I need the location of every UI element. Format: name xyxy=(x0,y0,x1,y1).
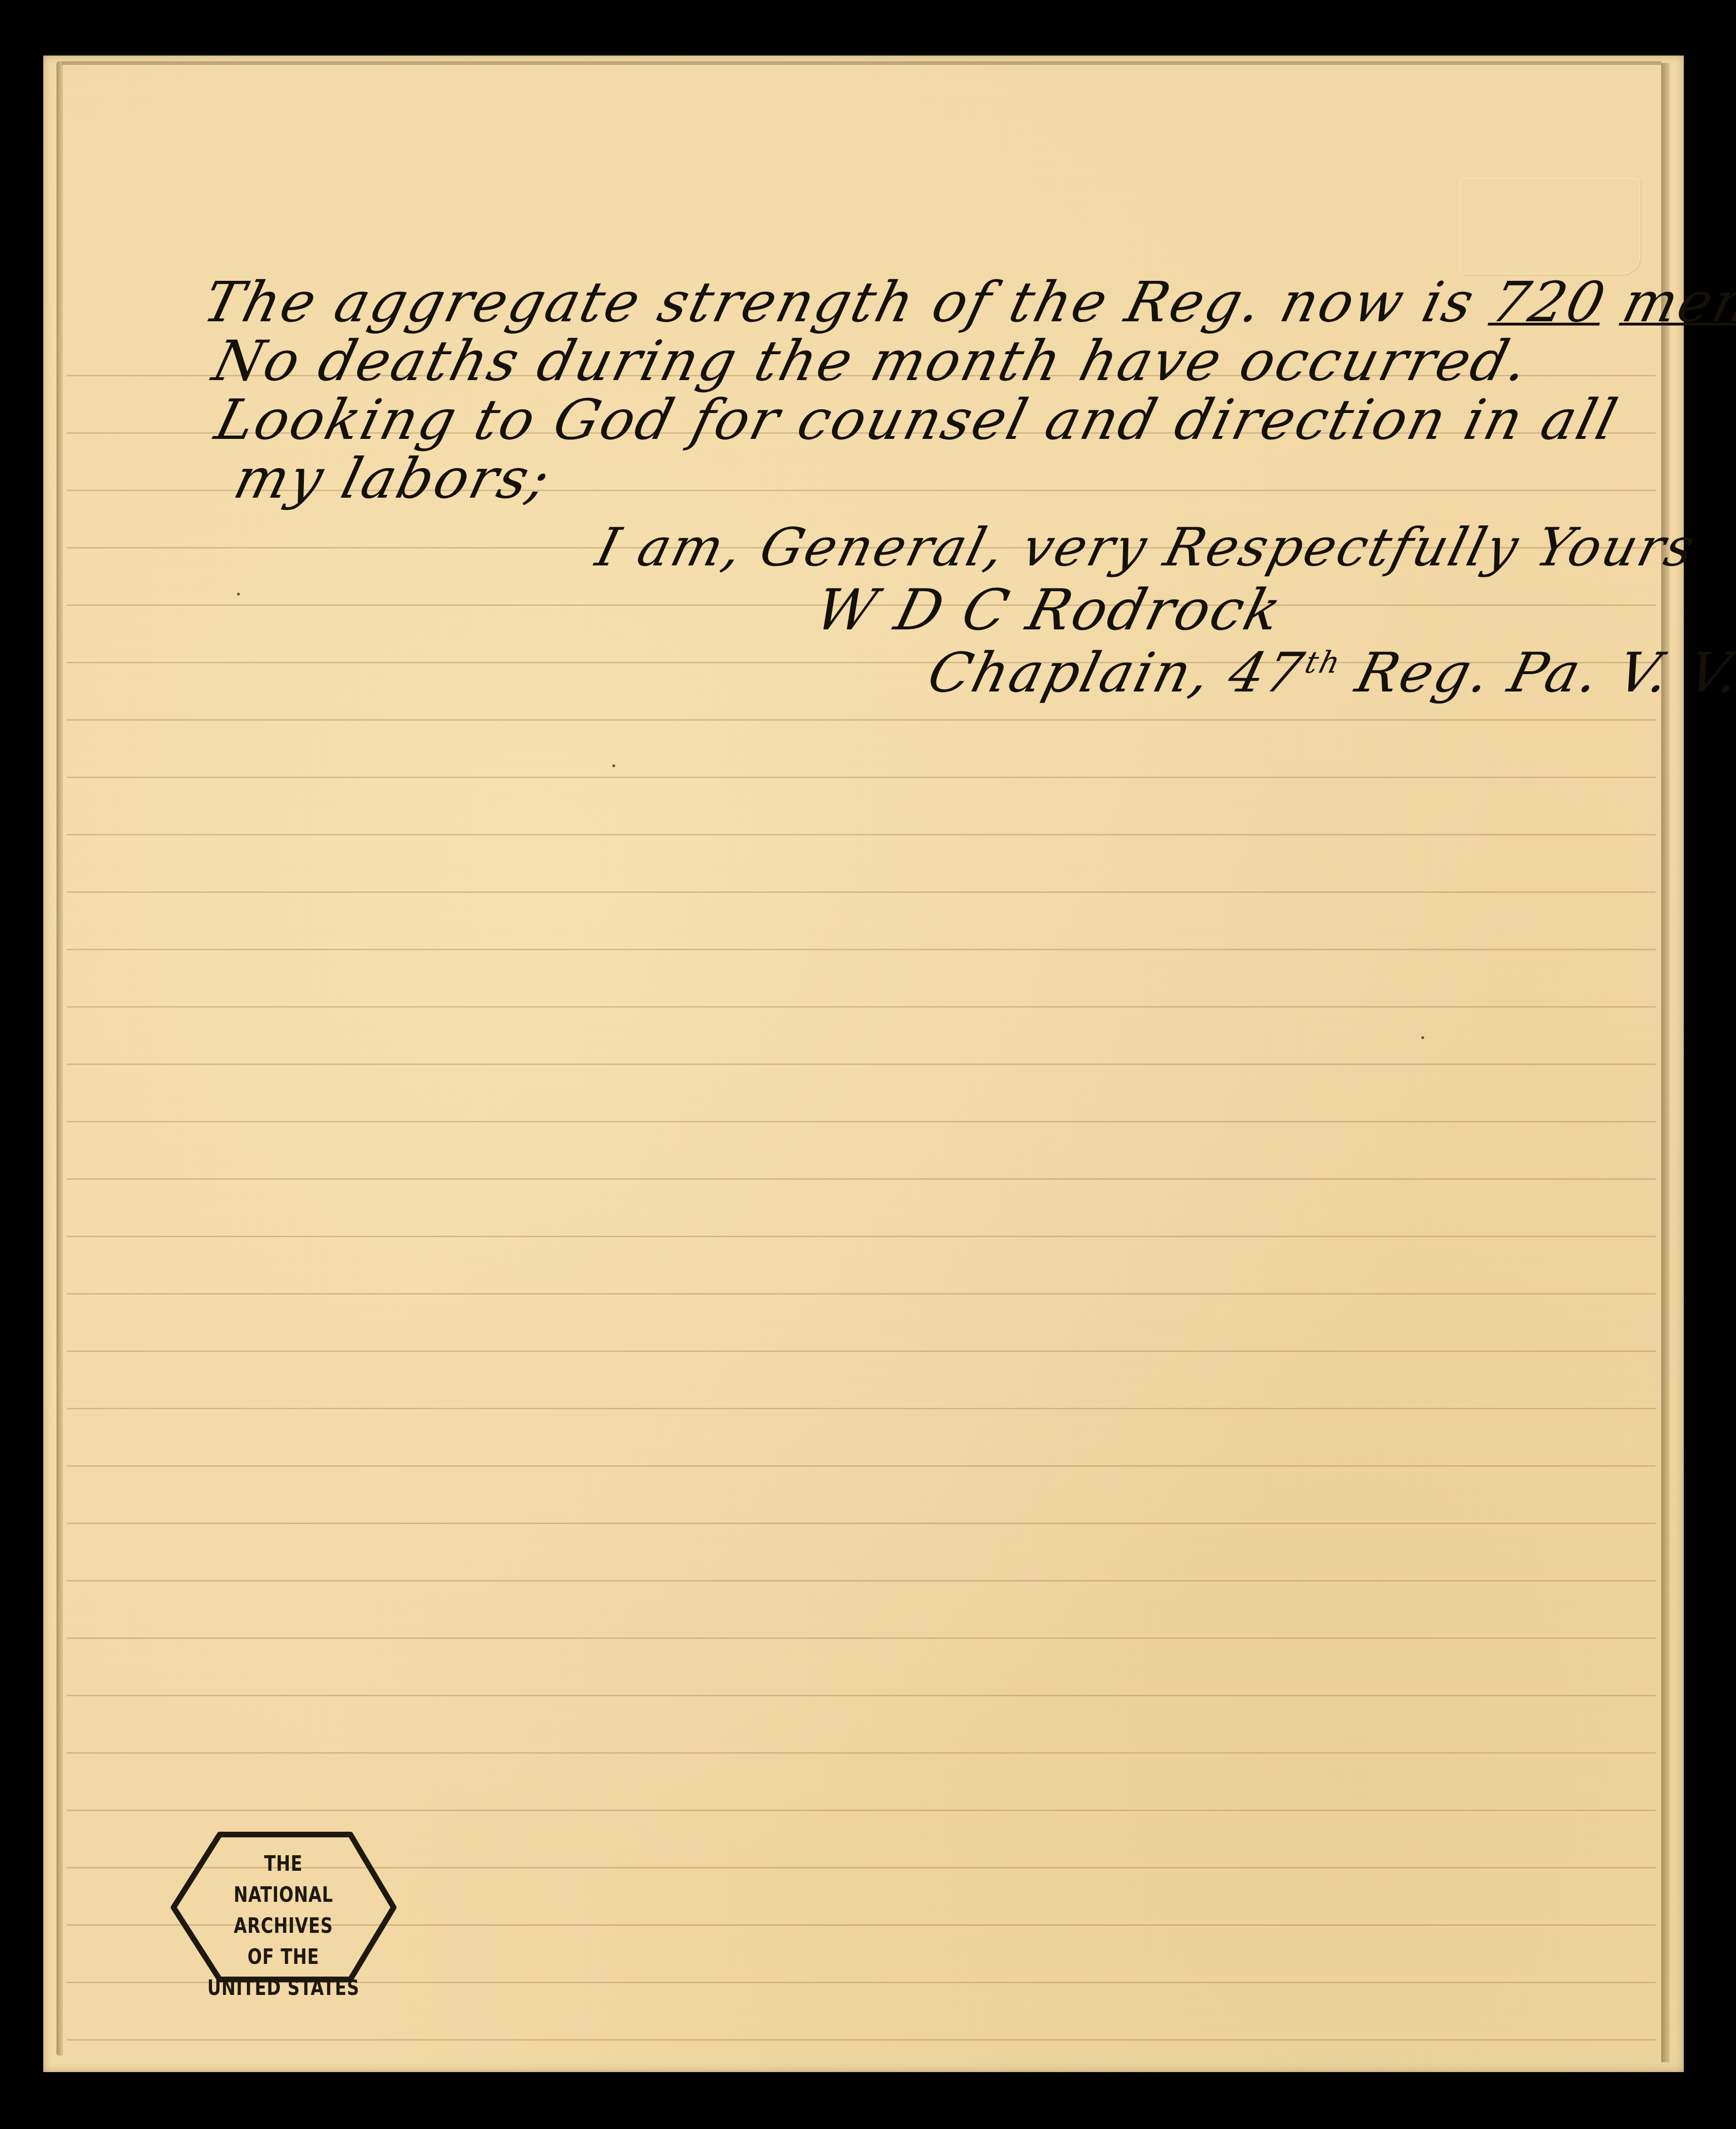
stamp-line-4: UNITED STATES xyxy=(188,1973,379,2004)
signature: W D C Rodrock xyxy=(810,582,1288,639)
stamp-text: THE NATIONAL ARCHIVES OF THE UNITED STAT… xyxy=(167,1849,400,2004)
letter-line-2: No deaths during the month have occurred… xyxy=(208,333,1536,389)
national-archives-stamp: THE NATIONAL ARCHIVES OF THE UNITED STAT… xyxy=(167,1830,400,1985)
regiment-strength-number: 720 xyxy=(1485,270,1613,334)
title-text: Chaplain, 47 xyxy=(922,641,1311,705)
regiment-strength-unit: men xyxy=(1617,270,1736,334)
signature-title: Chaplain, 47th Reg. Pa. V. V. xyxy=(923,646,1736,700)
stamp-line-2: NATIONAL ARCHIVES xyxy=(188,1880,379,1942)
title-unit: Reg. Pa. V. V. xyxy=(1331,641,1736,705)
letter-line-4: my labors; xyxy=(229,451,557,506)
letter-line-3: Looking to God for counsel and direction… xyxy=(210,392,1624,447)
letter-body: The aggregate strength of the Reg. now i… xyxy=(43,56,1684,2072)
stamp-line-3: OF THE xyxy=(188,1942,379,1973)
line-1-text: The aggregate strength of the Reg. now i… xyxy=(198,270,1502,334)
ink-speck xyxy=(1421,1036,1424,1039)
ink-speck xyxy=(612,764,615,767)
letter-line-1: The aggregate strength of the Reg. now i… xyxy=(198,274,1736,330)
ink-speck xyxy=(237,593,240,596)
letter-closing: I am, General, very Respectfully Yours xyxy=(591,521,1701,574)
letter-page: The aggregate strength of the Reg. now i… xyxy=(43,56,1684,2072)
stamp-line-1: THE xyxy=(188,1849,379,1880)
